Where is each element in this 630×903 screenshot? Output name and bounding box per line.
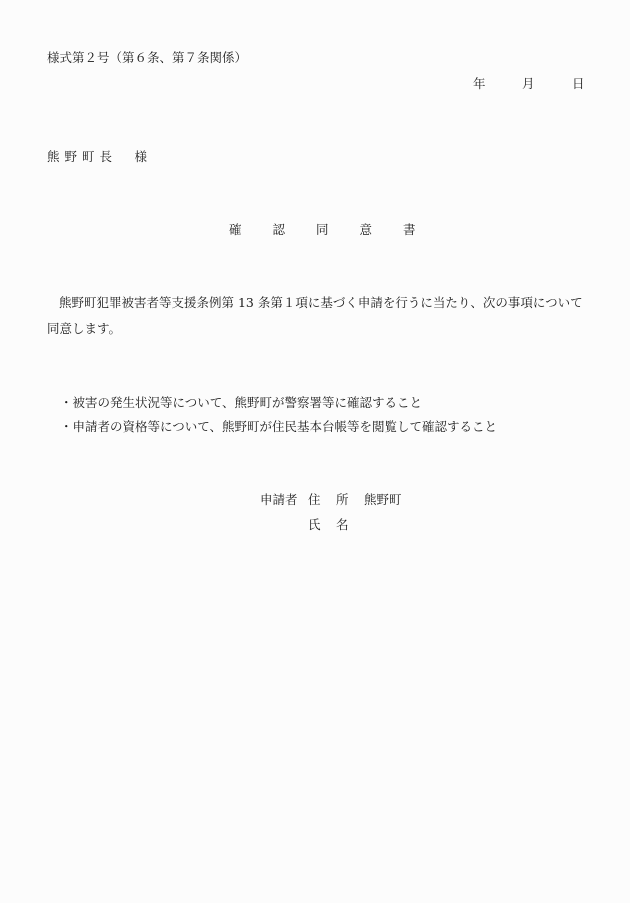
applicant-label: 申請者 [260,494,298,507]
title-char: 意 [360,224,373,237]
form-number: 様式第２号（第６条、第７条関係） [47,52,247,65]
consent-item: ・被害の発生状況等について、熊野町が警察署等に確認すること [60,397,497,421]
address-label: 住 [308,494,321,507]
title-char: 認 [273,224,286,237]
name-label: 名 [336,519,349,532]
address-value: 熊野町 [364,494,402,507]
date-day-label: 日 [572,78,585,91]
document-title: 確 認 同 意 書 [229,224,416,237]
title-char: 確 [229,224,242,237]
date-line: 年 月 日 [0,78,630,92]
consent-items-list: ・被害の発生状況等について、熊野町が警察署等に確認すること ・申請者の資格等につ… [60,397,497,445]
applicant-name-row: 氏 名 [260,519,460,544]
date-year-label: 年 [473,78,486,91]
title-char: 書 [403,224,416,237]
applicant-address-row: 申請者 住 所 熊野町 [260,494,460,519]
consent-statement: 熊野町犯罪被害者等支援条例第 13 条第１項に基づく申請を行うに当たり、次の事項… [47,290,583,342]
addressee: 熊野町長 様 [47,151,152,164]
applicant-block: 申請者 住 所 熊野町 氏 名 [260,494,460,544]
name-label: 氏 [308,519,321,532]
address-label: 所 [336,494,349,507]
date-month-label: 月 [522,78,535,91]
title-char: 同 [316,224,329,237]
consent-item: ・申請者の資格等について、熊野町が住民基本台帳等を閲覧して確認すること [60,421,497,445]
